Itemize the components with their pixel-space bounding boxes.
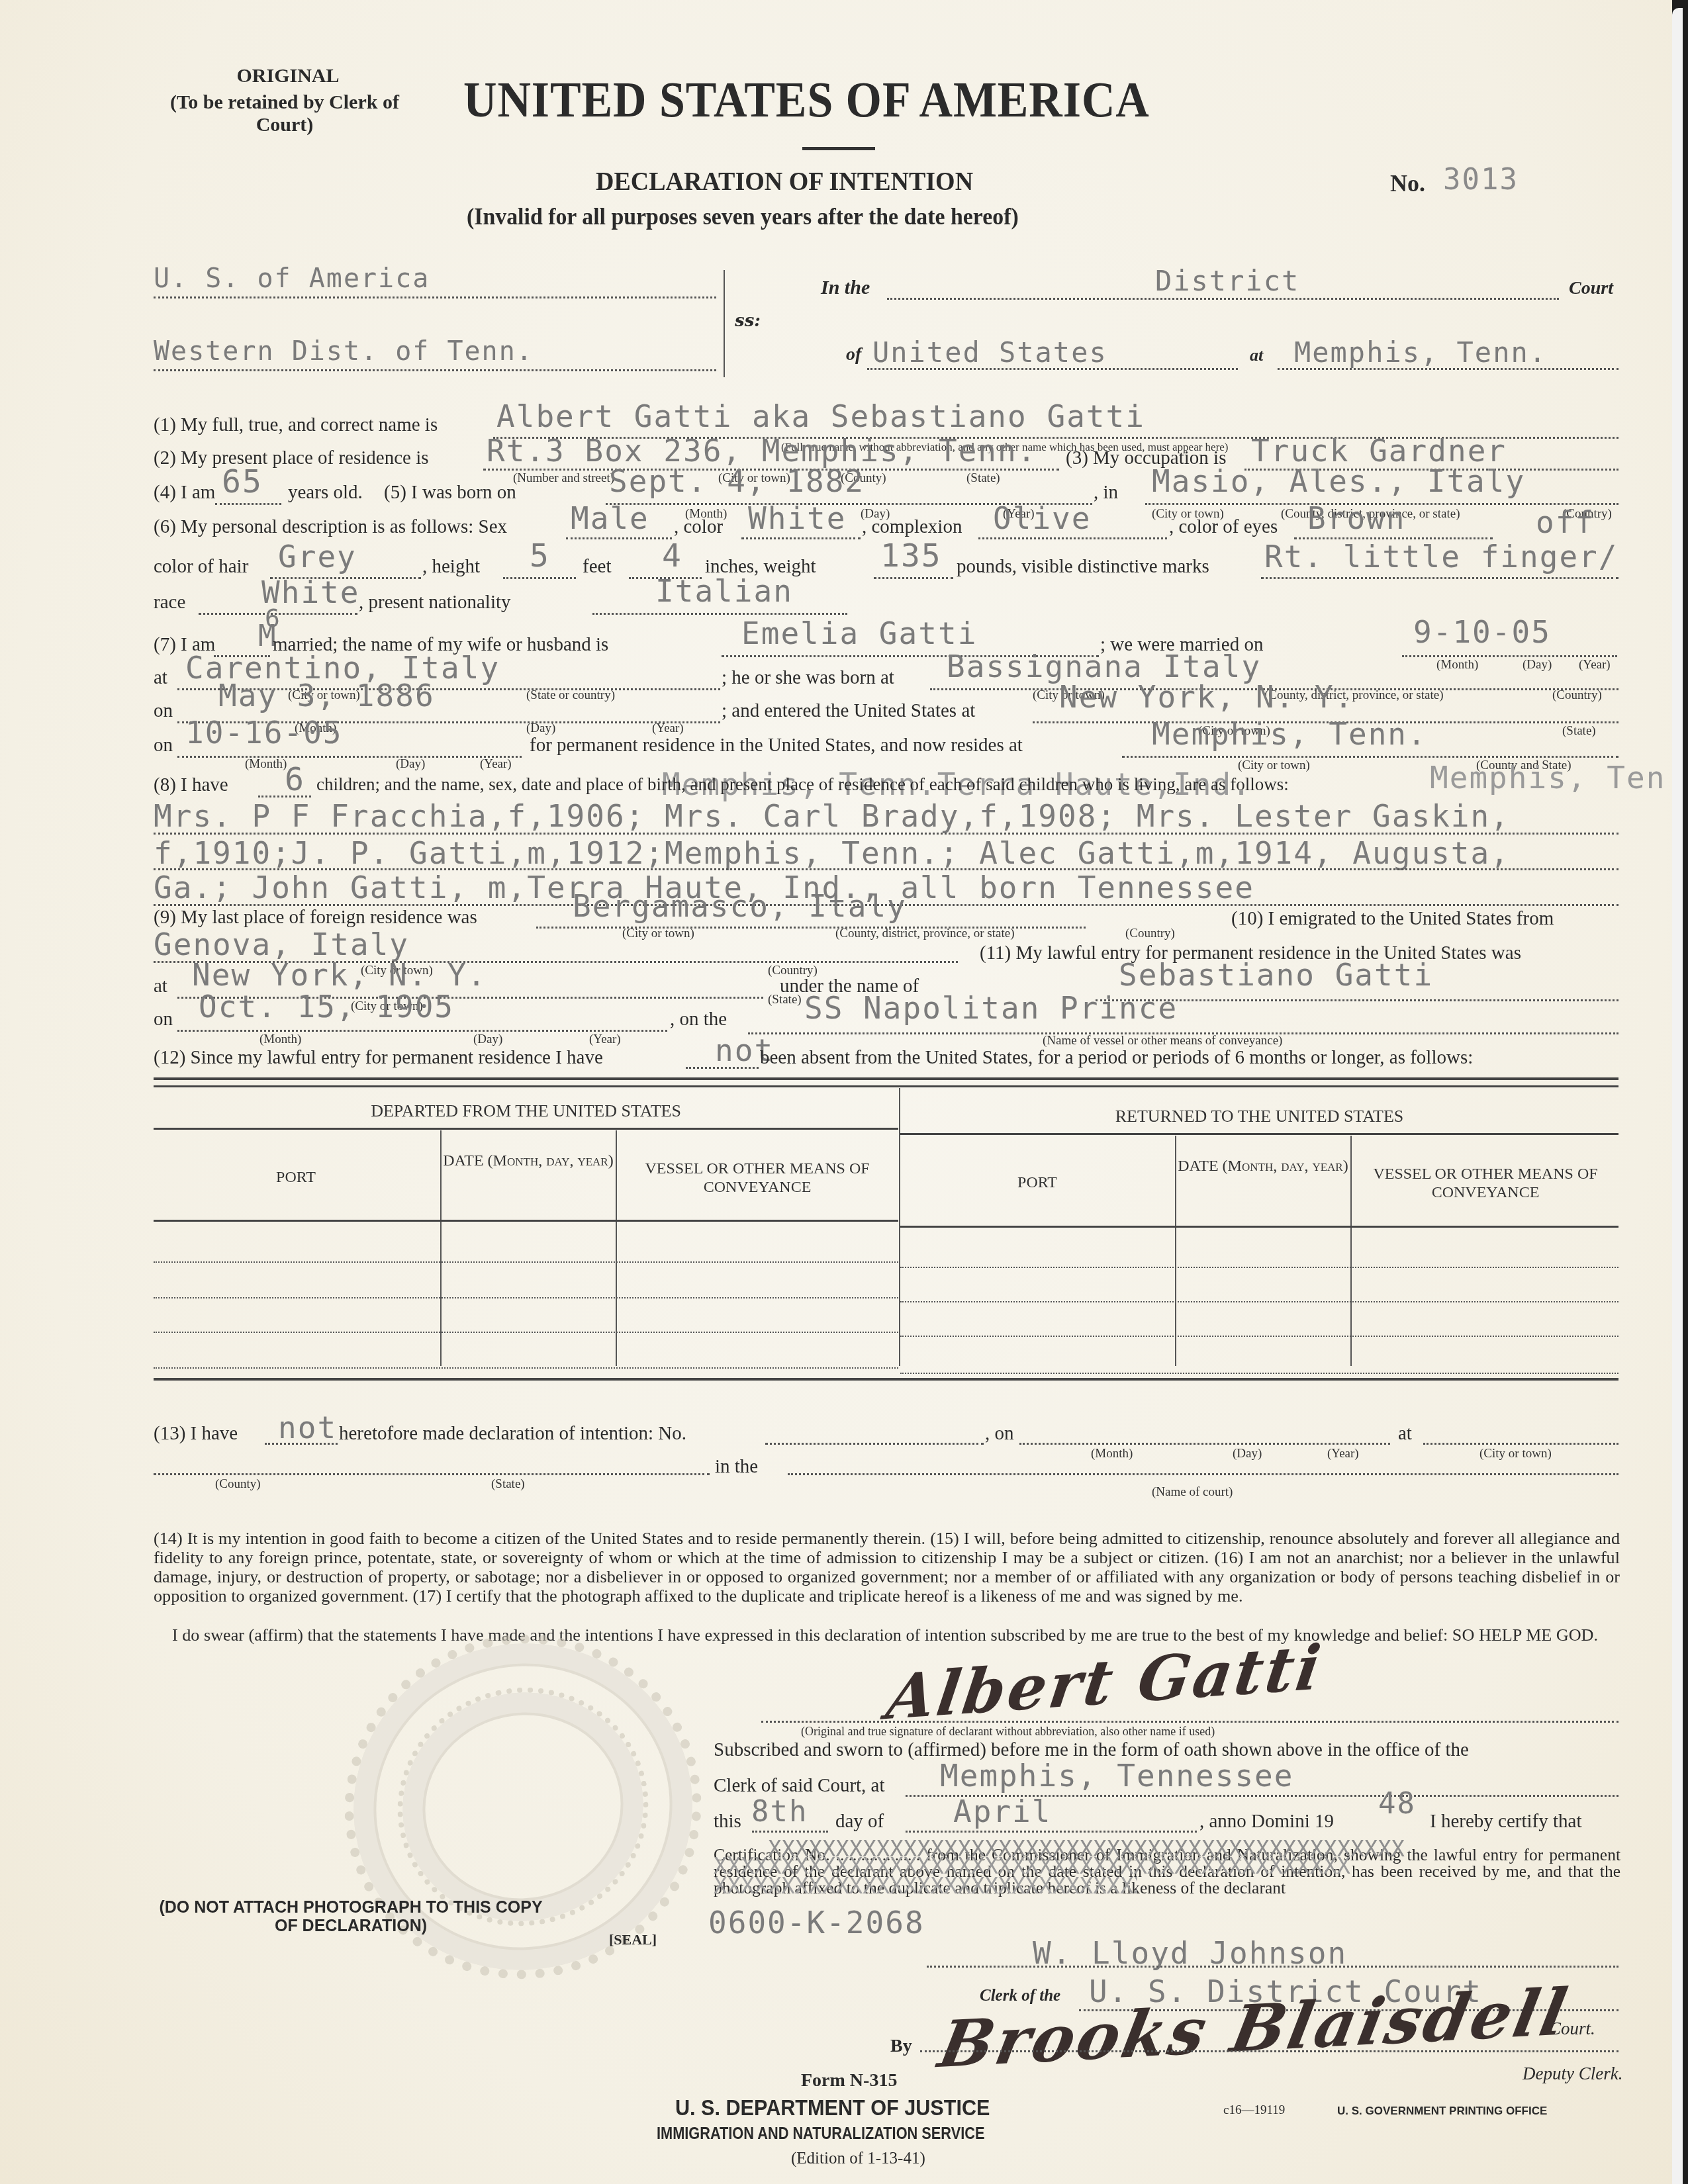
declarant-signature-rule[interactable] <box>761 1721 1618 1723</box>
returned-col-divider-1 <box>1175 1136 1176 1366</box>
print-code: c16—19119 <box>1223 2103 1285 2118</box>
form-number: Form N-315 <box>801 2070 897 2091</box>
prior-at-label: at <box>1398 1423 1412 1445</box>
returned-header: RETURNED TO THE UNITED STATES <box>900 1107 1618 1126</box>
prior-hint-county: (County) <box>215 1477 261 1492</box>
certification-strike-3: XXXXXXXXXXXXXXXXXXXXXXXXXXXXXXXXXXXXXXXX… <box>714 1873 1137 1899</box>
married-at-label: at <box>154 667 167 689</box>
weight-rule <box>874 577 953 579</box>
seal-label: [SEAL] <box>609 1931 657 1948</box>
children-overlay-right: Memphis, Ten <box>1430 760 1665 796</box>
spouse-birth-date-field[interactable]: May 3, 1886 <box>218 678 435 713</box>
number-label: No. <box>1390 169 1425 197</box>
court-of: United States <box>872 336 1107 369</box>
jurisdiction-line2-rule <box>154 369 716 371</box>
q4-label-years: years old. <box>288 482 363 504</box>
sex-rule <box>566 537 672 539</box>
spouse-entry-date-field[interactable]: 10-16-05 <box>185 715 343 751</box>
page-edge <box>1672 8 1683 2184</box>
court-type: District <box>1155 265 1299 297</box>
married-overtype: 6 <box>265 604 281 633</box>
spouse-residence-field[interactable]: Memphis, Tenn. <box>1152 716 1427 752</box>
printer-name: U. S. GOVERNMENT PRINTING OFFICE <box>1337 2105 1547 2118</box>
q13-label: (13) I have <box>154 1423 238 1445</box>
clerk-at-label: Clerk of said Court, at <box>714 1775 885 1797</box>
court-location: Memphis, Tenn. <box>1294 336 1547 369</box>
deputy-label: Deputy Clerk. <box>1523 2064 1622 2084</box>
height-feet-rule <box>503 577 576 579</box>
hair-field[interactable]: Grey <box>278 539 357 574</box>
spouse-birth-hint-day: (Day) <box>526 721 555 736</box>
table-row[interactable] <box>154 1261 898 1263</box>
children-count-field[interactable]: 6 <box>285 761 305 798</box>
children-line-1[interactable]: Mrs. P F Fracchia,f,1906; Mrs. Carl Brad… <box>154 798 1510 834</box>
marks-rule <box>1261 577 1618 579</box>
copy-note: (To be retained by Clerk of Court) <box>149 91 420 136</box>
spouse-entry-hint-state: (State) <box>1562 724 1596 739</box>
married-date-hint-day: (Day) <box>1523 658 1552 672</box>
prior-hint-month: (Month) <box>1091 1447 1133 1461</box>
photo-note: (DO NOT ATTACH PHOTOGRAPH TO THIS COPY O… <box>152 1898 549 1935</box>
departed-col-date: DATE (Month, day, year) <box>442 1152 614 1170</box>
q1-label: (1) My full, true, and correct name is <box>154 414 438 436</box>
departed-col-divider-1 <box>440 1130 442 1366</box>
q10-label: (10) I emigrated to the United States fr… <box>1231 908 1554 930</box>
table-row[interactable] <box>900 1373 1618 1374</box>
age-field[interactable]: 65 <box>222 463 263 500</box>
of-label: of <box>846 344 861 365</box>
q9-hint-county: (County, district, province, or state) <box>835 927 1015 941</box>
returned-header-rule <box>900 1133 1618 1135</box>
at-label: at <box>1250 345 1263 365</box>
in-the-label: In the <box>821 277 870 299</box>
court-type-rule <box>887 298 1559 300</box>
prior-declaration-field[interactable]: not <box>278 1410 337 1445</box>
q2-hint-state: (State) <box>966 471 1000 486</box>
age-rule <box>215 503 281 505</box>
departed-col-port: PORT <box>154 1169 438 1187</box>
marks-overflow: off <box>1536 504 1595 540</box>
edition-note: (Edition of 1-13-41) <box>791 2150 925 2168</box>
entry-name-field[interactable]: Sebastiano Gatti <box>1119 957 1433 993</box>
color-rule <box>741 537 861 539</box>
jurisdiction-line1: U. S. of America <box>154 263 430 294</box>
spouse-entry-date-hint-month: (Month) <box>245 757 287 772</box>
day-of-label: day of <box>835 1811 884 1833</box>
anno-label: , anno Domini 19 <box>1199 1811 1334 1833</box>
clerk-name-rule <box>927 1966 1618 1968</box>
page-title: UNITED STATES OF AMERICA <box>463 71 1150 129</box>
sworn-place-field[interactable]: Memphis, Tennessee <box>940 1758 1294 1794</box>
q8-label-description: children; and the name, sex, date and pl… <box>316 774 1289 795</box>
departed-header: DEPARTED FROM THE UNITED STATES <box>154 1101 898 1121</box>
table-row[interactable] <box>154 1297 898 1298</box>
table-row[interactable] <box>900 1336 1618 1337</box>
spouse-name-field[interactable]: Emelia Gatti <box>741 615 977 651</box>
prior-hint-day: (Day) <box>1233 1447 1262 1461</box>
spouse-entered-label: ; and entered the United States at <box>722 700 975 722</box>
spouse-entry-date-hint-day: (Day) <box>396 757 425 772</box>
year-field[interactable]: 48 <box>1378 1787 1416 1821</box>
q9-hint-city: (City or town) <box>622 927 694 941</box>
complexion-rule <box>978 537 1167 539</box>
swear-text: I do swear (affirm) that the statements … <box>154 1625 1620 1645</box>
departed-cols-rule <box>154 1220 898 1222</box>
complexion-field[interactable]: Olive <box>993 500 1091 536</box>
returned-col-port: PORT <box>902 1174 1173 1192</box>
prior-date-rule[interactable] <box>1019 1443 1390 1445</box>
returned-col-date: DATE (Month, day, year) <box>1177 1157 1349 1175</box>
nationality-rule <box>592 613 847 615</box>
table-row[interactable] <box>900 1301 1618 1302</box>
table-row[interactable] <box>154 1332 898 1333</box>
table-bottom-rule <box>154 1378 1618 1381</box>
service-name: IMMIGRATION AND NATURALIZATION SERVICE <box>657 2124 984 2144</box>
by-label: By <box>890 2036 912 2057</box>
complexion-label: , complexion <box>862 516 962 538</box>
spouse-residence-rule <box>1122 756 1618 758</box>
spouse-resides-label: for permanent residence in the United St… <box>530 735 1023 756</box>
nationality-label: , present nationality <box>359 592 511 614</box>
entry-date-hint-year: (Year) <box>589 1032 621 1047</box>
vessel-hint: (Name of vessel or other means of convey… <box>1043 1034 1282 1048</box>
signature-hint: (Original and true signature of declaran… <box>801 1725 1215 1739</box>
oath-text: (14) It is my intention in good faith to… <box>154 1529 1620 1606</box>
hair-label: color of hair <box>154 556 248 578</box>
q9-label: (9) My last place of foreign residence w… <box>154 907 477 929</box>
returned-col-divider-2 <box>1350 1136 1352 1366</box>
q12-label-rest: been absent from the United States, for … <box>760 1047 1473 1069</box>
prior-county-state-rule[interactable] <box>154 1473 710 1475</box>
entry-on-label: on <box>154 1009 173 1030</box>
day-field[interactable]: 8th <box>751 1795 808 1829</box>
marks-label: pounds, visible distinctive marks <box>957 556 1209 578</box>
ss-label: ss: <box>735 311 761 331</box>
spouse-birth-on-label: on <box>154 700 173 722</box>
entry-place-field[interactable]: New York, N. Y. <box>192 957 487 993</box>
jurisdiction-line1-rule <box>154 296 716 298</box>
feet-label: feet <box>583 556 611 578</box>
married-date-hint-year: (Year) <box>1579 658 1611 672</box>
q2-hint-street: (Number and street) <box>513 471 614 486</box>
eyes-field[interactable]: Brown <box>1307 500 1405 536</box>
height-label: , height <box>422 556 480 578</box>
in-label: , in <box>1094 482 1118 504</box>
returned-cols-rule <box>900 1226 1618 1228</box>
vessel-field[interactable]: SS Napolitan Prince <box>804 990 1178 1026</box>
spouse-entry-date-rule <box>177 756 522 758</box>
eyes-label: , color of eyes <box>1169 516 1278 538</box>
height-inches-field[interactable]: 4 <box>662 537 682 574</box>
table-top-rule-1 <box>154 1077 1618 1080</box>
race-label: race <box>154 592 185 614</box>
month-rule <box>906 1831 1197 1833</box>
marks-field[interactable]: Rt. little finger/ <box>1264 539 1618 574</box>
full-name-field[interactable]: Albert Gatti aka Sebastiano Gatti <box>496 398 1145 434</box>
q13-label-rest: heretofore made declaration of intention… <box>339 1423 686 1445</box>
prior-hint-city: (City or town) <box>1479 1447 1552 1461</box>
deputy-signature-rule <box>920 2050 1618 2052</box>
q2-label: (2) My present place of residence is <box>154 447 429 469</box>
department-name: U. S. DEPARTMENT OF JUSTICE <box>675 2095 990 2121</box>
departed-col-divider-2 <box>616 1130 617 1366</box>
spouse-birth-hint-year: (Year) <box>652 721 684 736</box>
copy-label: ORIGINAL <box>205 65 371 87</box>
spouse-entry-place-field[interactable]: New York, N. Y. <box>1059 679 1354 715</box>
spouse-entry-on-label: on <box>154 735 173 756</box>
children-line-1-rule <box>154 833 1618 835</box>
entry-date-hint-month: (Month) <box>259 1032 301 1047</box>
jurisdiction-line2: Western Dist. of Tenn. <box>154 336 534 367</box>
document-subtitle: DECLARATION OF INTENTION <box>596 165 973 197</box>
prior-in-the-label: in the <box>715 1456 758 1478</box>
validity-note: (Invalid for all purposes seven years af… <box>467 203 1019 230</box>
day-rule <box>752 1831 828 1833</box>
q5-label: (5) I was born on <box>384 482 516 504</box>
declaration-document: ORIGINAL (To be retained by Clerk of Cou… <box>0 0 1672 2184</box>
prior-hint-year: (Year) <box>1327 1447 1359 1461</box>
certify-label: I hereby certify that <box>1430 1811 1581 1833</box>
declarant-signature: Albert Gatti <box>882 1631 1327 1733</box>
q6-label: (6) My personal description is as follow… <box>154 516 507 538</box>
venue-brace <box>724 270 725 377</box>
married-date-hint-month: (Month) <box>1436 658 1478 672</box>
departed-col-vessel: VESSEL OR OTHER MEANS OF CONVEYANCE <box>619 1160 896 1197</box>
color-label: , color <box>674 516 723 538</box>
departed-header-rule <box>154 1128 898 1130</box>
entry-date-field[interactable]: Oct. 15, 1905 <box>199 989 454 1024</box>
on-the-label: , on the <box>670 1009 727 1030</box>
weight-field[interactable]: 135 <box>880 537 942 574</box>
sex-field[interactable]: Male <box>571 500 649 536</box>
entry-date-rule <box>177 1030 667 1032</box>
entry-at-label: at <box>154 976 167 997</box>
prior-on-label: , on <box>985 1423 1014 1445</box>
q9-hint-country: (Country) <box>1125 927 1175 941</box>
table-top-rule-2 <box>154 1085 1618 1087</box>
spouse-entry-date-hint-year: (Year) <box>480 757 512 772</box>
children-line-2[interactable]: f,1910;J. P. Gatti,m,1912;Memphis, Tenn.… <box>154 835 1510 871</box>
spouse-birthplace-hint-country: (Country) <box>1552 688 1602 703</box>
height-feet-field[interactable]: 5 <box>530 537 550 574</box>
prior-court-rule[interactable] <box>788 1473 1618 1475</box>
spouse-born-label: ; he or she was born at <box>722 667 894 689</box>
birth-date-field[interactable]: Sept. 4, 1882 <box>609 463 865 499</box>
declaration-number: 3013 <box>1443 163 1519 197</box>
q12-label: (12) Since my lawful entry for permanent… <box>154 1047 603 1069</box>
prior-hint-court: (Name of court) <box>1152 1485 1233 1500</box>
court-label: Court <box>1569 278 1613 299</box>
married-date-field[interactable]: 9-10-05 <box>1413 614 1551 650</box>
last-residence-field[interactable]: Bergamasco, Italy <box>573 888 907 924</box>
prior-city-rule[interactable] <box>1423 1443 1618 1445</box>
this-label: this <box>714 1811 741 1833</box>
nationality-field[interactable]: Italian <box>655 573 793 609</box>
table-row[interactable] <box>900 1267 1618 1268</box>
table-row[interactable] <box>154 1367 898 1369</box>
entry-date-hint-day: (Day) <box>473 1032 502 1047</box>
married-place-hint-state: (State or country) <box>526 688 615 703</box>
returned-col-vessel: VESSEL OR OTHER MEANS OF CONVEYANCE <box>1353 1165 1618 1202</box>
q4-label: (4) I am <box>154 482 215 504</box>
month-field[interactable]: April <box>953 1794 1051 1829</box>
prior-number-rule[interactable] <box>765 1443 984 1445</box>
q8-label: (8) I have <box>154 774 228 796</box>
title-rule <box>802 147 875 150</box>
prior-hint-state: (State) <box>491 1477 525 1492</box>
birth-place-field[interactable]: Masio, Ales., Italy <box>1152 463 1525 499</box>
certificate-number: 0600-K-2068 <box>708 1905 925 1940</box>
married-date-rule <box>1402 655 1617 657</box>
color-field[interactable]: White <box>748 500 846 536</box>
